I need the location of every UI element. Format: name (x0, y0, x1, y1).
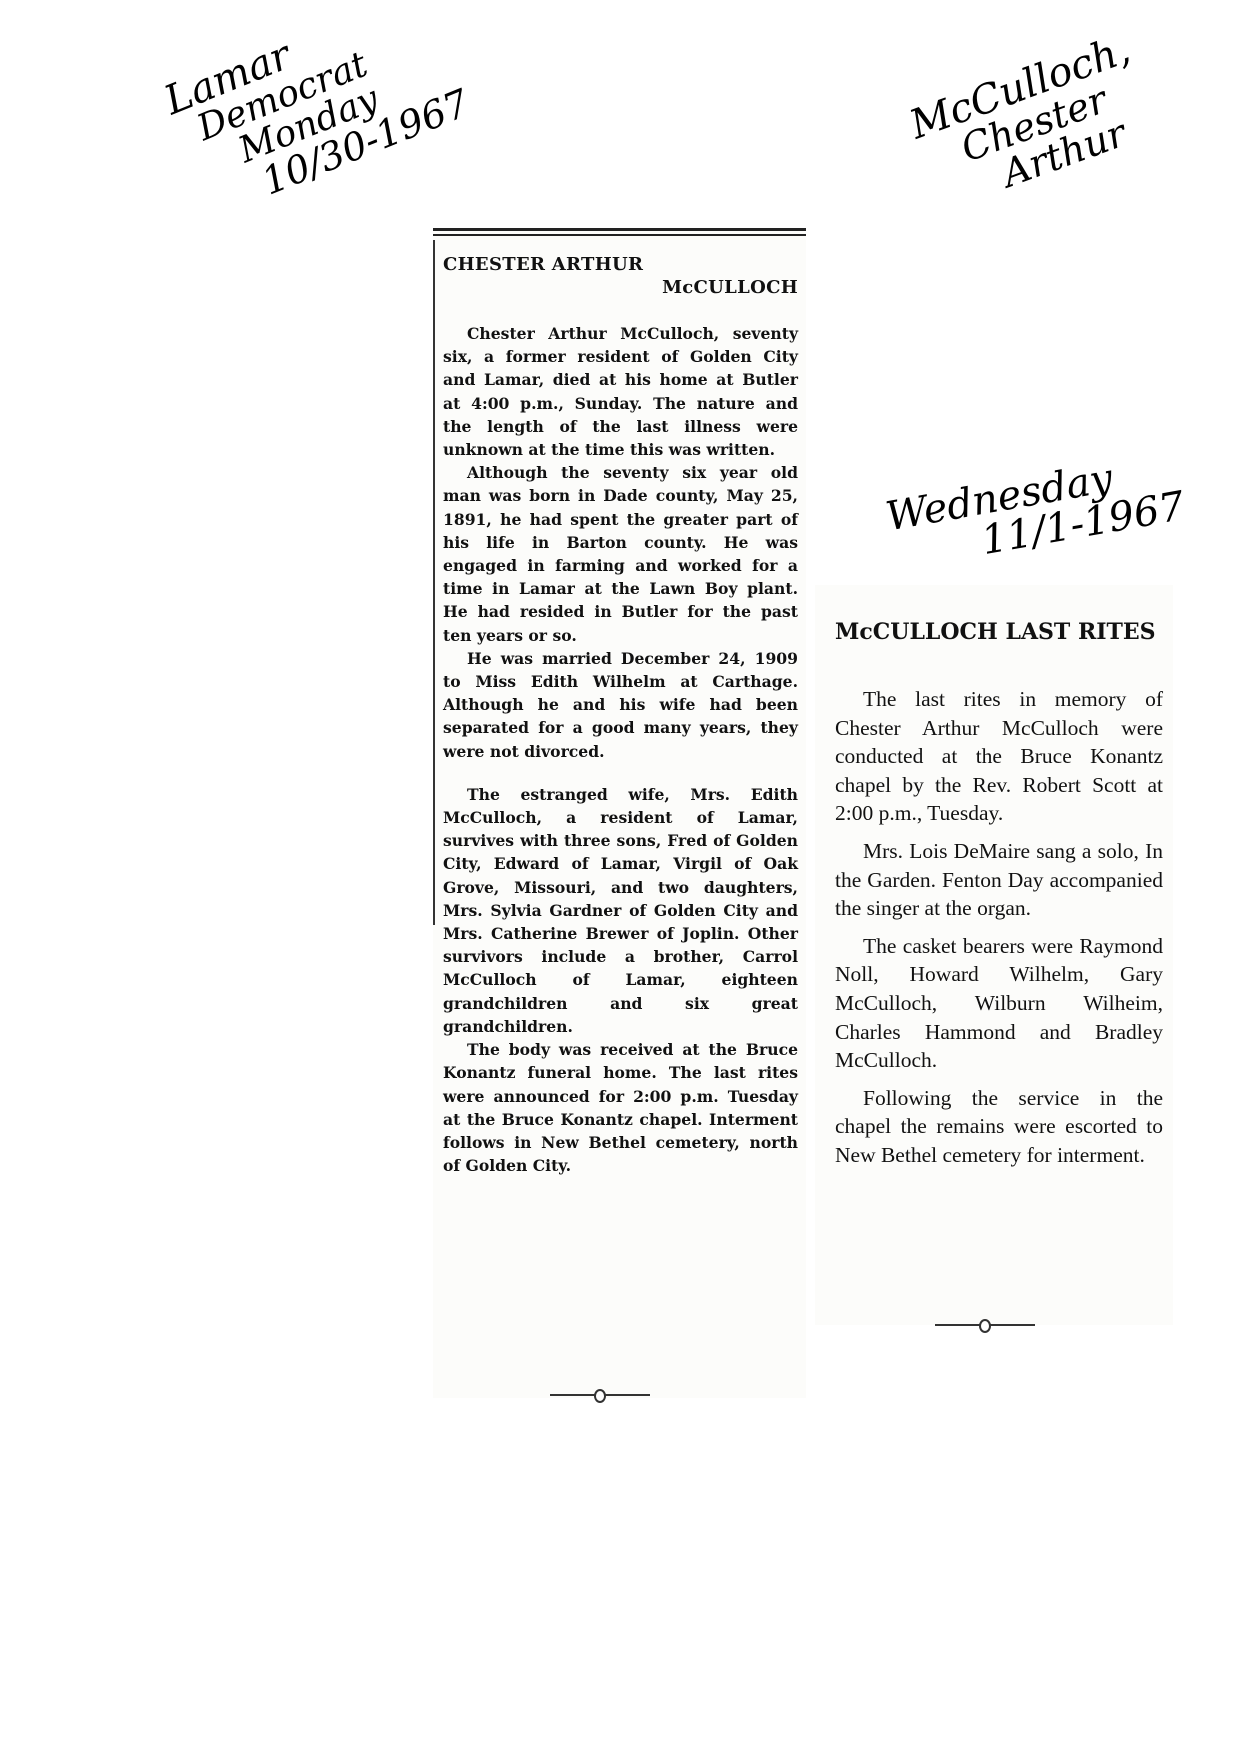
paragraph: The last rites in memory of Chester Arth… (835, 685, 1163, 828)
end-ornament (550, 1394, 650, 1396)
handwritten-subject-note: McCulloch, Chester Arthur (905, 29, 1161, 217)
paragraph: He was married December 24, 1909 to Miss… (443, 647, 798, 763)
paragraph: The estranged wife, Mrs. Edith McCulloch… (443, 783, 798, 1038)
paragraph: The body was received at the Bruce Konan… (443, 1038, 798, 1177)
paragraph: Mrs. Lois DeMaire sang a solo, In the Ga… (835, 837, 1163, 923)
paragraph: Chester Arthur McCulloch, seventy six, a… (443, 322, 798, 461)
end-ornament (935, 1324, 1035, 1326)
last-rites-headline: McCULLOCH LAST RITES (835, 619, 1173, 645)
obituary-body: Chester Arthur McCulloch, seventy six, a… (443, 322, 798, 1177)
paragraph: Although the seventy six year old man wa… (443, 461, 798, 647)
headline-line: CHESTER ARTHUR (443, 254, 798, 275)
handwritten-date-note: Wednesday 11/1-1967 (883, 447, 1188, 577)
column-divider (433, 240, 435, 925)
column-rule (433, 228, 806, 236)
handwritten-source-note: Lamar Democrat Monday 10/30-1967 (150, 0, 474, 227)
headline-line: McCULLOCH (443, 277, 798, 298)
paragraph: Following the service in the chapel the … (835, 1084, 1163, 1170)
obituary-clipping: CHESTER ARTHUR McCULLOCH Chester Arthur … (433, 228, 806, 1398)
obituary-headline: CHESTER ARTHUR McCULLOCH (443, 254, 798, 298)
last-rites-clipping: McCULLOCH LAST RITES The last rites in m… (815, 585, 1173, 1325)
last-rites-body: The last rites in memory of Chester Arth… (835, 685, 1163, 1170)
paragraph: The casket bearers were Raymond Noll, Ho… (835, 932, 1163, 1075)
